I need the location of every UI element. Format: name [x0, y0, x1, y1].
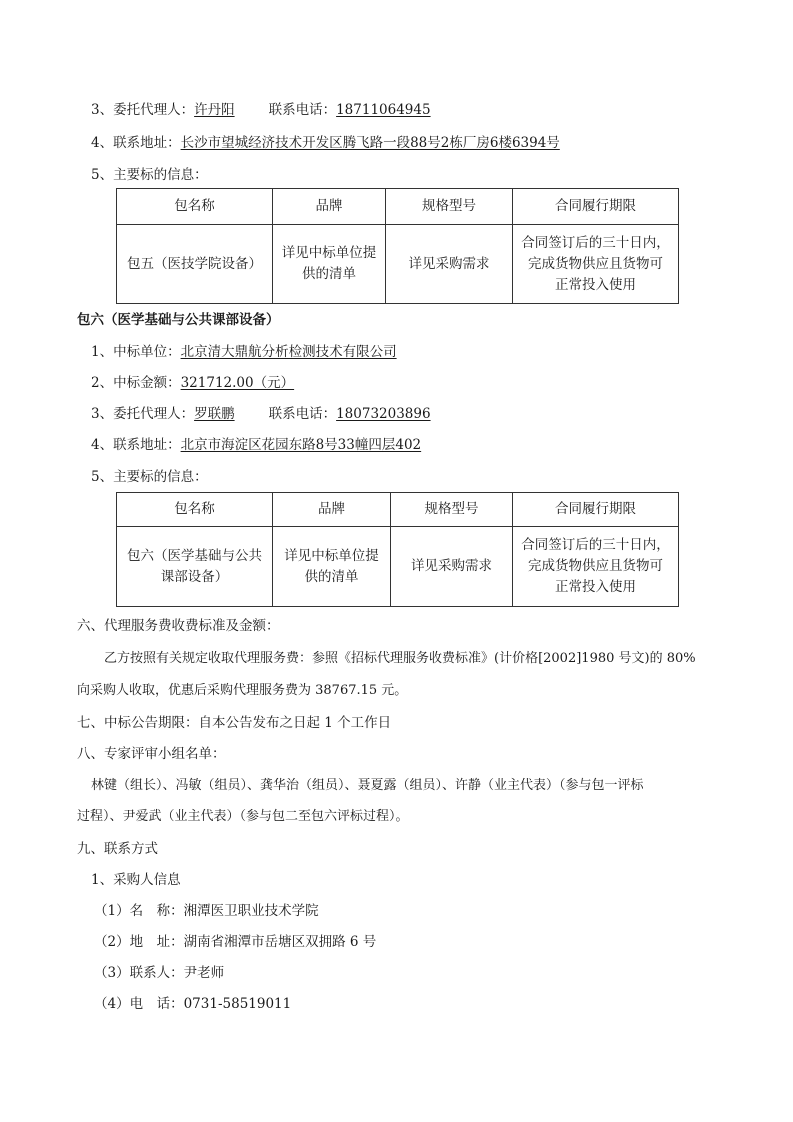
cell-brand-line1: 详见中标单位提	[277, 546, 386, 567]
cell-term-line1: 合同签订后的三十日内，	[517, 233, 674, 254]
pkg6-address: 北京市海淀区花园东路8号33幢四层402	[181, 437, 422, 453]
header-term: 合同履行期限	[513, 189, 679, 225]
cell-brand-line2: 供的清单	[277, 567, 386, 588]
contact-value: 尹老师	[184, 965, 225, 981]
contact-item-name: （1）名 称：湘潭医卫职业技术学院	[94, 902, 319, 920]
pkg5-table: 包名称 品牌 规格型号 合同履行期限 包五（医技学院设备） 详见中标单位提供的清…	[116, 188, 679, 304]
contact-value: 湘潭医卫职业技术学院	[184, 903, 319, 919]
pkg5-phone-label: 联系电话：	[269, 102, 337, 118]
cell-name-line2: 课部设备）	[121, 567, 268, 588]
cell-brand: 详见中标单位提供的清单	[273, 527, 391, 607]
pkg5-table-header: 包名称 品牌 规格型号 合同履行期限	[117, 189, 679, 225]
pkg6-agent-label: 3、委托代理人：	[91, 406, 194, 422]
cell-brand-line1: 详见中标单位提	[277, 243, 381, 264]
header-brand: 品牌	[273, 493, 391, 527]
cell-package-name: 包五（医技学院设备）	[117, 225, 273, 304]
pkg6-winner-label: 1、中标单位：	[91, 344, 181, 360]
cell-term-line1: 合同签订后的三十日内，	[517, 535, 674, 556]
pkg6-amount: 321712.00（元）	[181, 375, 295, 391]
section7-text: 七、中标公告期限：自本公告发布之日起 1 个工作日	[77, 714, 391, 732]
contact-item-person: （3）联系人：尹老师	[94, 964, 224, 982]
pkg6-heading: 包六（医学基础与公共课部设备）	[77, 311, 280, 329]
contact-item-address: （2）地 址：湖南省湘潭市岳塘区双拥路 6 号	[94, 933, 376, 951]
pkg6-amount-label: 2、中标金额：	[91, 375, 181, 391]
contact-label: （2）地 址：	[94, 934, 184, 950]
cell-brand: 详见中标单位提供的清单	[273, 225, 386, 304]
pkg5-subject-label: 5、主要标的信息：	[91, 166, 208, 184]
pkg6-table: 包名称 品牌 规格型号 合同履行期限 包六（医学基础与公共课部设备） 详见中标单…	[116, 492, 679, 607]
pkg5-address: 长沙市望城经济技术开发区腾飞路一段88号2栋厂房6楼6394号	[181, 135, 560, 151]
cell-term: 合同签订后的三十日内，完成货物供应且货物可正常投入使用	[513, 225, 679, 304]
contact-label: （4）电 话：	[94, 996, 184, 1012]
contact-value: 0731-58519011	[184, 996, 292, 1012]
section9-sub1: 1、采购人信息	[91, 871, 181, 889]
pkg5-address-label: 4、联系地址：	[91, 135, 181, 151]
pkg5-agent-label: 3、委托代理人：	[91, 102, 194, 118]
header-term: 合同履行期限	[513, 493, 679, 527]
pkg6-phone: 18073203896	[336, 406, 430, 422]
cell-brand-line2: 供的清单	[277, 264, 381, 285]
pkg5-agent-line: 3、委托代理人：许丹阳联系电话：18711064945	[91, 101, 431, 119]
pkg5-agent-name: 许丹阳	[194, 102, 235, 118]
pkg6-winner: 北京清大鼎航分析检测技术有限公司	[181, 344, 397, 360]
cell-term-line3: 正常投入使用	[517, 275, 674, 296]
contact-value: 湖南省湘潭市岳塘区双拥路 6 号	[184, 934, 377, 950]
table-row: 包五（医技学院设备） 详见中标单位提供的清单 详见采购需求 合同签订后的三十日内…	[117, 225, 679, 304]
pkg6-subject-label: 5、主要标的信息：	[91, 468, 208, 486]
header-spec: 规格型号	[391, 493, 513, 527]
contact-label: （1）名 称：	[94, 903, 184, 919]
section8-para-line2: 过程）、尹爱武（业主代表）（参与包二至包六评标过程）。	[77, 808, 409, 826]
pkg6-address-label: 4、联系地址：	[91, 437, 181, 453]
section8-para-line1: 林键（组长）、冯敏（组员）、龚华治（组员）、聂夏露（组员）、许静（业主代表）（参…	[91, 777, 644, 795]
cell-term-line2: 完成货物供应且货物可	[517, 556, 674, 577]
cell-package-name: 包六（医学基础与公共课部设备）	[117, 527, 273, 607]
header-spec: 规格型号	[386, 189, 513, 225]
pkg5-address-line: 4、联系地址：长沙市望城经济技术开发区腾飞路一段88号2栋厂房6楼6394号	[91, 134, 560, 152]
contact-item-phone: （4）电 话：0731-58519011	[94, 995, 291, 1013]
header-brand: 品牌	[273, 189, 386, 225]
pkg5-phone: 18711064945	[336, 102, 430, 118]
cell-term-line2: 完成货物供应且货物可	[517, 254, 674, 275]
section9-heading: 九、联系方式	[77, 840, 158, 858]
cell-name-line1: 包六（医学基础与公共	[121, 546, 268, 567]
pkg6-agent-line: 3、委托代理人：罗联鹏联系电话：18073203896	[91, 405, 431, 423]
cell-spec: 详见采购需求	[386, 225, 513, 304]
pkg6-agent-name: 罗联鹏	[194, 406, 235, 422]
cell-term-line3: 正常投入使用	[517, 577, 674, 598]
section6-para-line1: 乙方按照有关规定收取代理服务费：参照《招标代理服务收费标准》(计价格[2002]…	[104, 650, 696, 668]
pkg6-amount-line: 2、中标金额：321712.00（元）	[91, 374, 294, 392]
header-package-name: 包名称	[117, 189, 273, 225]
cell-term: 合同签订后的三十日内，完成货物供应且货物可正常投入使用	[513, 527, 679, 607]
section8-heading: 八、专家评审小组名单：	[77, 745, 226, 763]
pkg6-table-header: 包名称 品牌 规格型号 合同履行期限	[117, 493, 679, 527]
cell-spec: 详见采购需求	[391, 527, 513, 607]
contact-label: （3）联系人：	[94, 965, 184, 981]
pkg6-phone-label: 联系电话：	[269, 406, 337, 422]
pkg6-address-line: 4、联系地址：北京市海淀区花园东路8号33幢四层402	[91, 436, 421, 454]
section6-para-line2: 向采购人收取，优惠后采购代理服务费为 38767.15 元。	[77, 682, 407, 700]
pkg6-winner-line: 1、中标单位：北京清大鼎航分析检测技术有限公司	[91, 343, 397, 361]
header-package-name: 包名称	[117, 493, 273, 527]
table-row: 包六（医学基础与公共课部设备） 详见中标单位提供的清单 详见采购需求 合同签订后…	[117, 527, 679, 607]
section6-heading: 六、代理服务费收费标准及金额：	[77, 617, 280, 635]
